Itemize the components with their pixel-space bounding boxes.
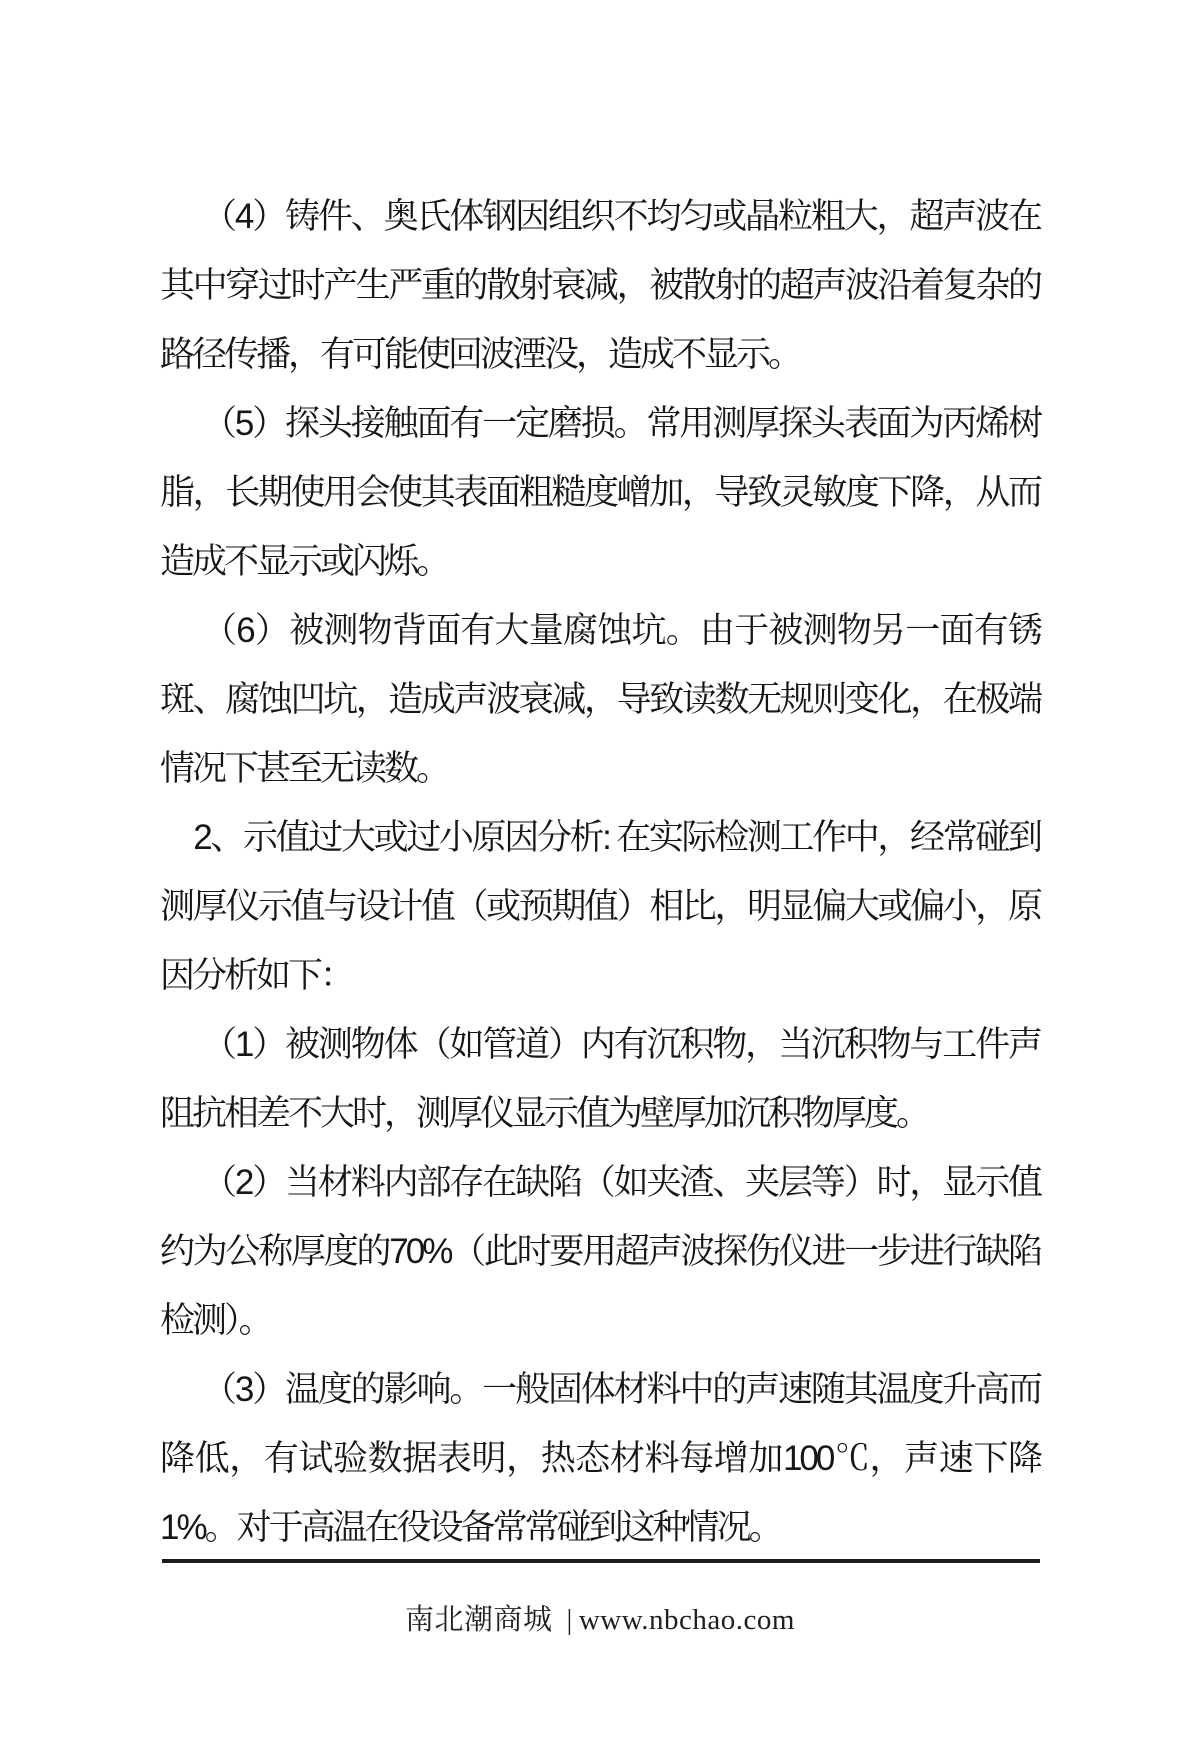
footer-separator: | bbox=[567, 1604, 573, 1637]
paragraph-reason-2: （2）当材料内部存在缺陷（如夹渣、夹层等）时，显示值约为公称厚度的70%（此时要… bbox=[160, 1148, 1040, 1355]
footer-site-name: 南北潮商城 bbox=[405, 1604, 553, 1636]
paragraph-cause-6: （6）被测物背面有大量腐蚀坑。由于被测物另一面有锈斑、腐蚀凹坑，造成声波衰减，导… bbox=[160, 596, 1040, 803]
page-footer: 南北潮商城|www.nbchao.com bbox=[0, 1597, 1200, 1638]
paragraph-cause-4: （4）铸件、奥氏体钢因组织不均匀或晶粒粗大，超声波在其中穿过时产生严重的散射衰减… bbox=[160, 182, 1040, 389]
footer-divider-line bbox=[162, 1559, 1040, 1563]
paragraph-section-2-intro: 2、示值过大或过小原因分析: 在实际检测工作中，经常碰到测厚仪示值与设计值（或预… bbox=[160, 803, 1040, 1010]
paragraph-reason-1: （1）被测物体（如管道）内有沉积物，当沉积物与工件声阻抗相差不大时，测厚仪显示值… bbox=[160, 1010, 1040, 1148]
paragraph-cause-5: （5）探头接触面有一定磨损。常用测厚探头表面为丙烯树脂，长期使用会使其表面粗糙度… bbox=[160, 389, 1040, 596]
document-body: （4）铸件、奥氏体钢因组织不均匀或晶粒粗大，超声波在其中穿过时产生严重的散射衰减… bbox=[160, 182, 1040, 1562]
footer-site-url: www.nbchao.com bbox=[579, 1604, 795, 1636]
paragraph-reason-3: （3）温度的影响。一般固体材料中的声速随其温度升高而降低，有试验数据表明，热态材… bbox=[160, 1355, 1040, 1562]
